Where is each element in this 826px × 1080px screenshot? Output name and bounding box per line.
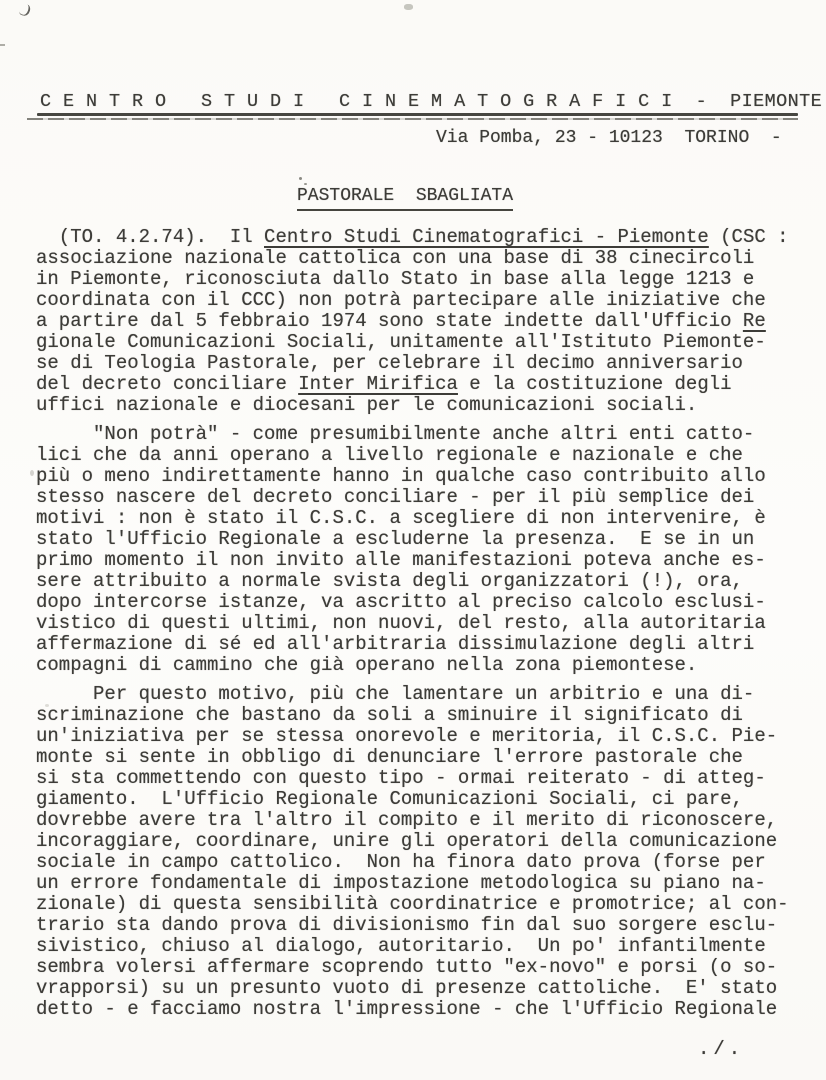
document-title: PASTORALE SBAGLIATA: [297, 186, 513, 211]
text-segment: vrapporsi) su un presunto vuoto di prese…: [36, 977, 777, 999]
text-segment: più o meno indirettamente hanno in qualc…: [36, 465, 766, 487]
text-line: scriminazione che bastano da soli a smin…: [36, 705, 816, 726]
text-line: sivistico, chiuso al dialogo, autoritari…: [36, 936, 816, 957]
text-line: se di Teologia Pastorale, per celebrare …: [36, 353, 816, 374]
text-segment: stato l'Ufficio Regionale a escluderne l…: [36, 528, 754, 550]
text-line: un'iniziativa per se stessa onorevole e …: [36, 726, 816, 747]
text-segment: un'iniziativa per se stessa onorevole e …: [36, 725, 777, 747]
scan-artifact-margin-speck: [30, 470, 34, 476]
scan-artifact-squiggle: [18, 3, 31, 18]
text-segment: scriminazione che bastano da soli a smin…: [36, 704, 743, 726]
text-line: compagni di cammino che già operano nell…: [36, 655, 816, 676]
text-line: vistico di questi ultimi, non nuovi, del…: [36, 613, 816, 634]
text-line: dovrebbe avere tra l'altro il compito e …: [36, 810, 816, 831]
text-line: zionale) di questa sensibilità coordinat…: [36, 894, 816, 915]
text-line: sembra volersi affermare scoprendo tutto…: [36, 957, 816, 978]
text-segment: monte si sente in obbligo di denunciare …: [36, 746, 743, 768]
text-line: Per questo motivo, più che lamentare un …: [36, 684, 816, 705]
text-line: più o meno indirettamente hanno in qualc…: [36, 466, 816, 487]
continuation-mark: ./.: [698, 1038, 744, 1060]
underlined-text-segment: Re: [743, 310, 766, 332]
letterhead-underline: [37, 113, 798, 116]
text-segment: primo momento il non invito alle manifes…: [36, 549, 766, 571]
text-line: associazione nazionale cattolica con una…: [36, 248, 816, 269]
scan-artifact-edge-tick: [0, 44, 5, 46]
text-line: coordinata con il CCC) non potrà parteci…: [36, 290, 816, 311]
scan-artifact-top-speck: [404, 4, 413, 10]
text-line: affermazione di sé ed all'arbitraria dis…: [36, 634, 816, 655]
text-line: del decreto conciliare Inter Mirifica e …: [36, 374, 816, 395]
text-line: dopo intercorse istanze, va ascritto al …: [36, 592, 816, 613]
paragraph: "Non potrà" - come presumibilmente anche…: [36, 424, 816, 676]
text-segment: zionale) di questa sensibilità coordinat…: [36, 893, 789, 915]
underlined-text-segment: Inter Mirifica: [298, 373, 458, 395]
text-segment: sembra volersi affermare scoprendo tutto…: [36, 956, 777, 978]
scanned-document-page: C E N T R O S T U D I C I N E M A T O G …: [0, 0, 826, 1080]
letterhead-address: Via Pomba, 23 - 10123 TORINO -: [436, 128, 782, 148]
text-segment: stesso nascere del decreto conciliare - …: [36, 486, 754, 508]
paragraph: (TO. 4.2.74). Il Centro Studi Cinematogr…: [36, 227, 816, 416]
text-segment: (CSC :: [709, 226, 789, 248]
letterhead-underline-echo: [27, 118, 798, 120]
text-segment: trario sta dando prova di divisionismo f…: [36, 914, 777, 936]
text-line: monte si sente in obbligo di denunciare …: [36, 747, 816, 768]
underlined-text-segment: Centro Studi Cinematografici - Piemonte: [264, 226, 709, 248]
text-line: motivi : non è stato il C.S.C. a sceglie…: [36, 508, 816, 529]
text-line: giamento. L'Ufficio Regionale Comunicazi…: [36, 789, 816, 810]
text-segment: sere attribuito a normale svista degli o…: [36, 570, 743, 592]
text-segment: associazione nazionale cattolica con una…: [36, 247, 754, 269]
text-line: a partire dal 5 febbraio 1974 sono state…: [36, 311, 816, 332]
text-segment: coordinata con il CCC) non potrà parteci…: [36, 289, 766, 311]
paragraph: Per questo motivo, più che lamentare un …: [36, 684, 816, 1020]
text-segment: e la costituzione degli: [458, 373, 732, 395]
text-line: uffici nazionale e diocesani per le comu…: [36, 395, 816, 416]
text-segment: compagni di cammino che già operano nell…: [36, 654, 697, 676]
text-line: sociale in campo cattolico. Non ha finor…: [36, 852, 816, 873]
text-line: trario sta dando prova di divisionismo f…: [36, 915, 816, 936]
text-segment: sociale in campo cattolico. Non ha finor…: [36, 851, 766, 873]
text-segment: vistico di questi ultimi, non nuovi, del…: [36, 612, 766, 634]
text-segment: un errore fondamentale di impostazione m…: [36, 872, 766, 894]
document-body: (TO. 4.2.74). Il Centro Studi Cinematogr…: [36, 227, 816, 1020]
text-segment: sivistico, chiuso al dialogo, autoritari…: [36, 935, 766, 957]
letterhead-organization: C E N T R O S T U D I C I N E M A T O G …: [40, 91, 822, 112]
text-segment: gionale Comunicazioni Sociali, unitament…: [36, 331, 766, 353]
text-line: primo momento il non invito alle manifes…: [36, 550, 816, 571]
text-segment: in Piemonte, riconosciuta dallo Stato in…: [36, 268, 754, 290]
text-line: si sta commettendo con questo tipo - orm…: [36, 768, 816, 789]
text-line: un errore fondamentale di impostazione m…: [36, 873, 816, 894]
text-line: stato l'Ufficio Regionale a escluderne l…: [36, 529, 816, 550]
text-segment: dopo intercorse istanze, va ascritto al …: [36, 591, 766, 613]
text-line: gionale Comunicazioni Sociali, unitament…: [36, 332, 816, 353]
text-segment: uffici nazionale e diocesani per le comu…: [36, 394, 697, 416]
text-line: sere attribuito a normale svista degli o…: [36, 571, 816, 592]
text-segment: motivi : non è stato il C.S.C. a sceglie…: [36, 507, 766, 529]
text-segment: si sta commettendo con questo tipo - orm…: [36, 767, 766, 789]
text-line: incoraggiare, coordinare, unire gli oper…: [36, 831, 816, 852]
text-segment: "Non potrà" - come presumibilmente anche…: [36, 423, 754, 445]
text-segment: a partire dal 5 febbraio 1974 sono state…: [36, 310, 743, 332]
text-line: "Non potrà" - come presumibilmente anche…: [36, 424, 816, 445]
text-segment: se di Teologia Pastorale, per celebrare …: [36, 352, 743, 374]
scan-artifact-title-dot: [304, 183, 307, 185]
text-segment: giamento. L'Ufficio Regionale Comunicazi…: [36, 788, 743, 810]
text-line: (TO. 4.2.74). Il Centro Studi Cinematogr…: [36, 227, 816, 248]
text-line: lici che da anni operano a livello regio…: [36, 445, 816, 466]
text-line: stesso nascere del decreto conciliare - …: [36, 487, 816, 508]
text-segment: (TO. 4.2.74). Il: [36, 226, 264, 248]
text-line: in Piemonte, riconosciuta dallo Stato in…: [36, 269, 816, 290]
text-segment: detto - e facciamo nostra l'impressione …: [36, 998, 777, 1020]
text-segment: affermazione di sé ed all'arbitraria dis…: [36, 633, 754, 655]
text-line: vrapporsi) su un presunto vuoto di prese…: [36, 978, 816, 999]
text-segment: Per questo motivo, più che lamentare un …: [36, 683, 754, 705]
text-segment: dovrebbe avere tra l'altro il compito e …: [36, 809, 777, 831]
text-segment: del decreto conciliare: [36, 373, 298, 395]
text-segment: incoraggiare, coordinare, unire gli oper…: [36, 830, 777, 852]
scan-artifact-title-dot: [299, 177, 302, 180]
text-line: detto - e facciamo nostra l'impressione …: [36, 999, 816, 1020]
text-segment: lici che da anni operano a livello regio…: [36, 444, 743, 466]
